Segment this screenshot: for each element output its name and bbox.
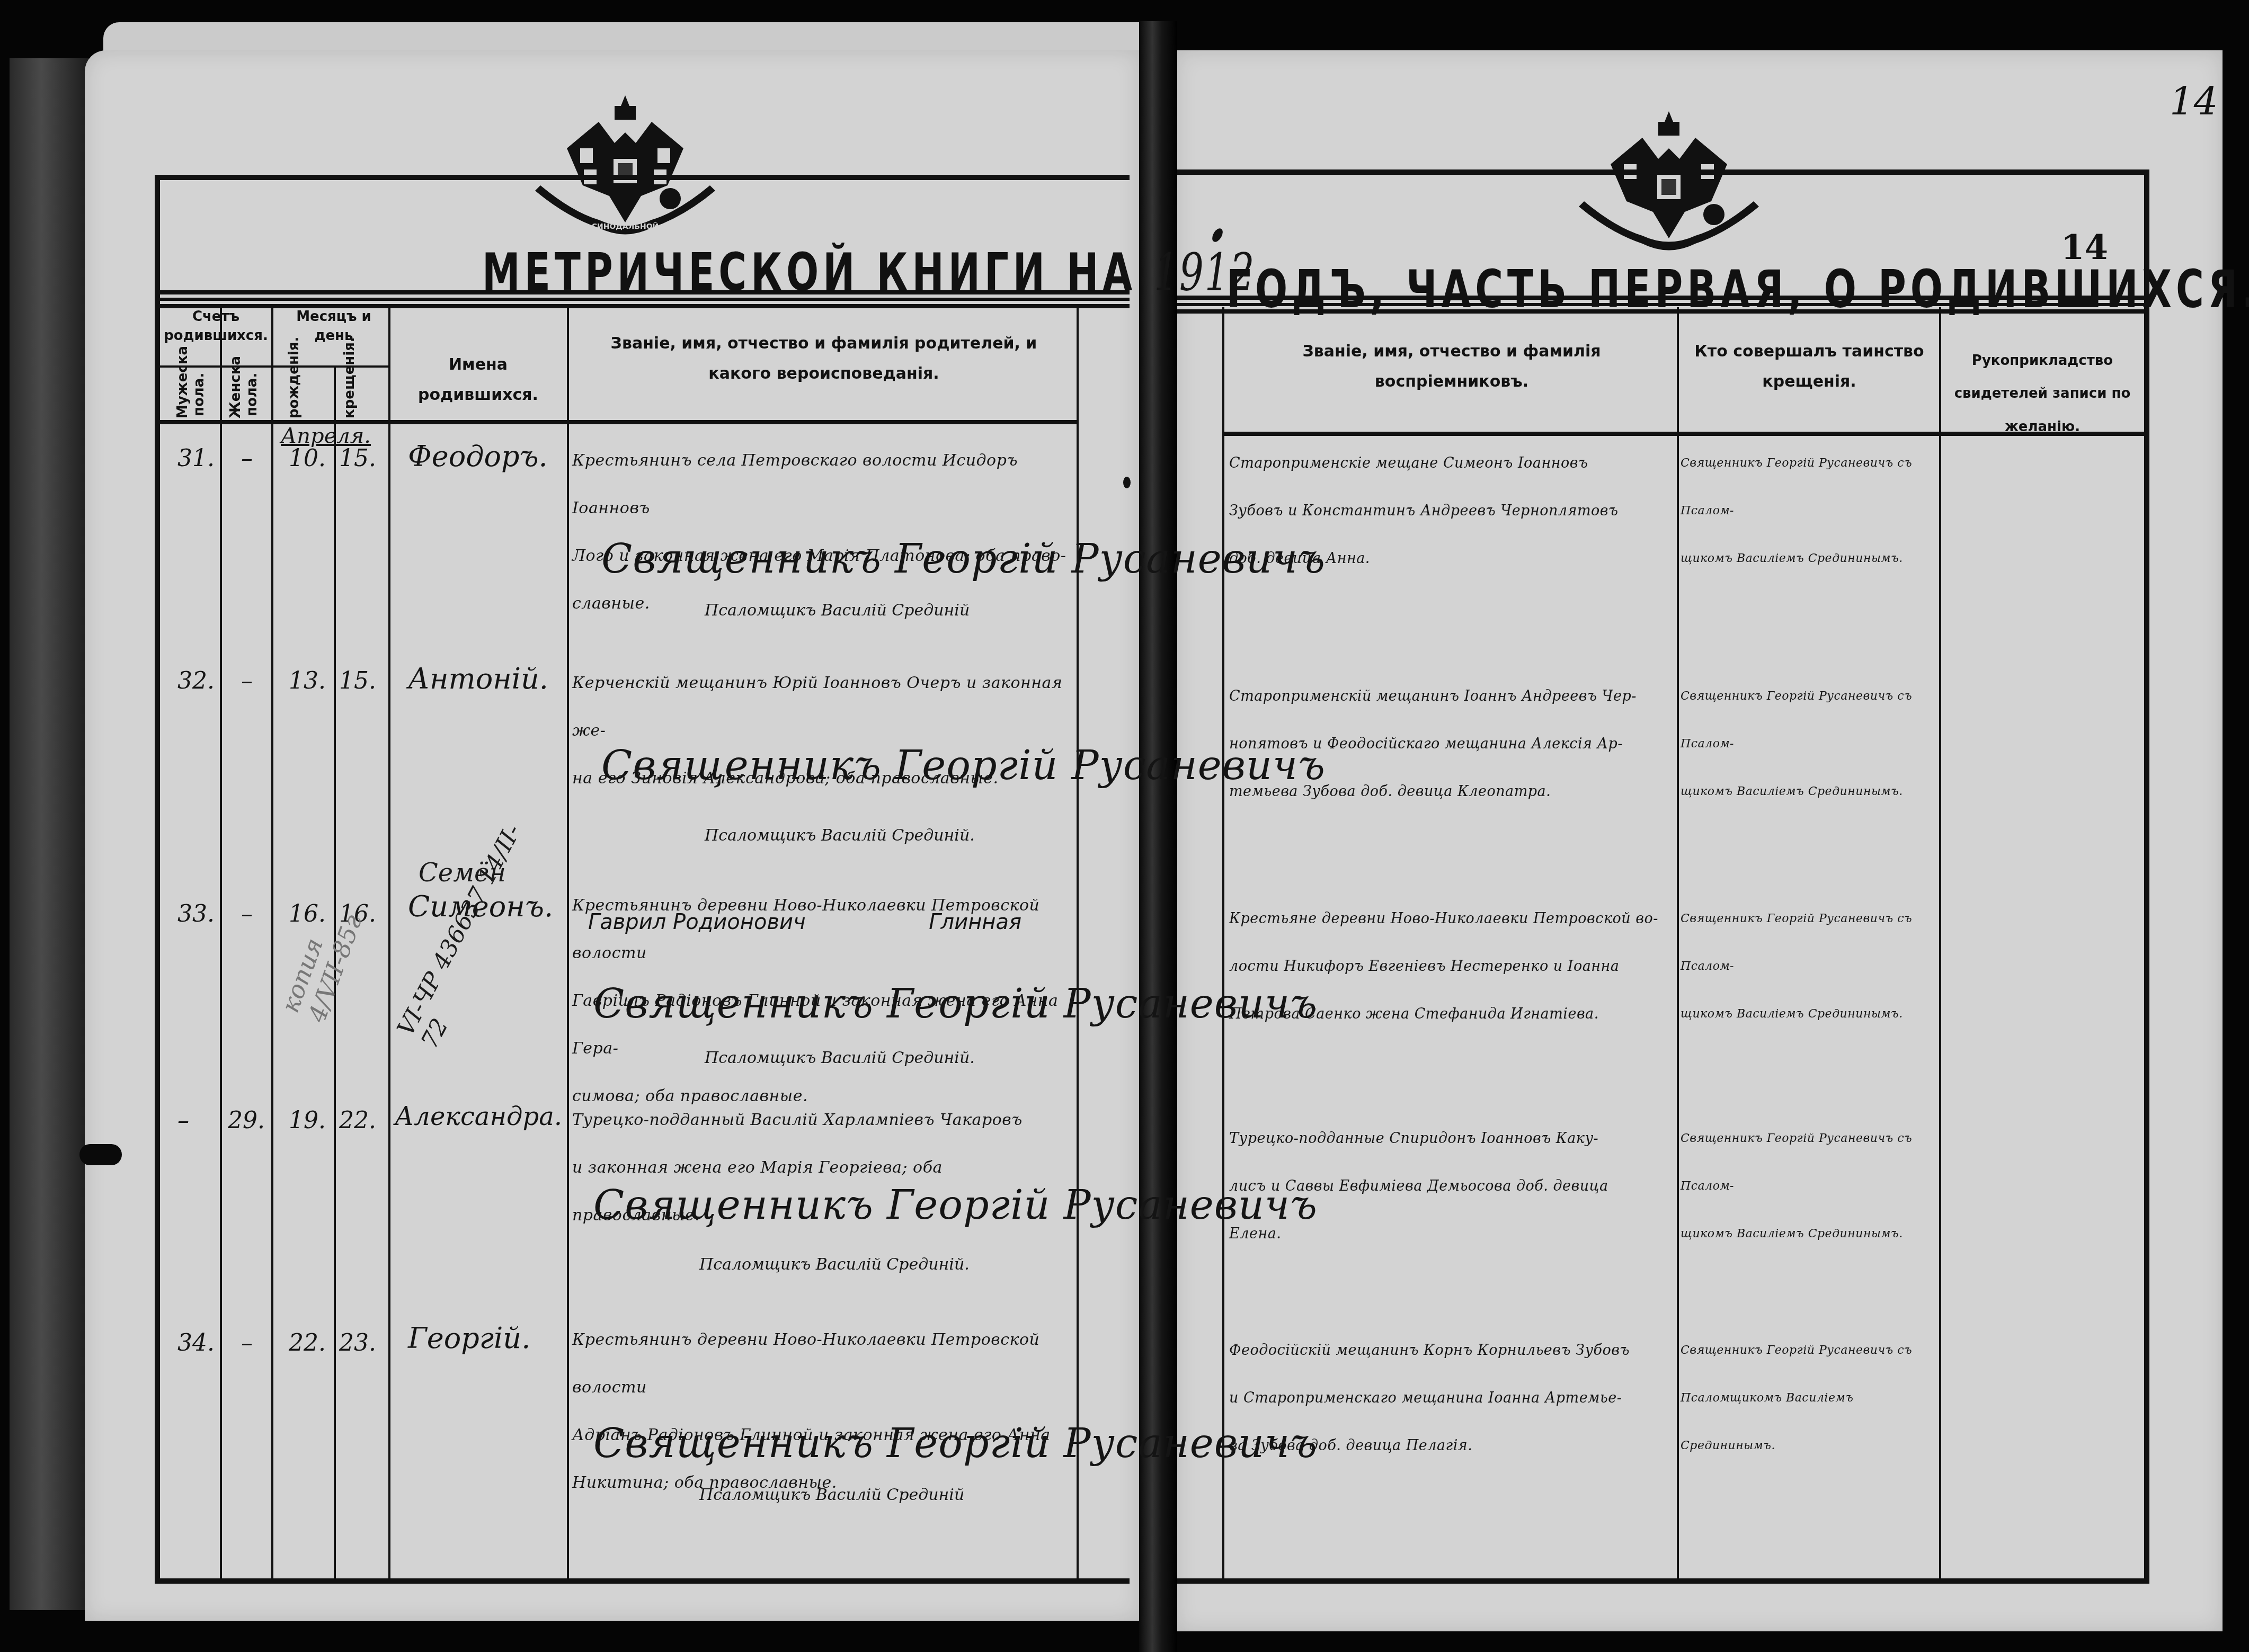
entry-4-birth-day: 19. xyxy=(289,1107,326,1134)
entry-1-parents: Крестьянинъ села Петровскаго волости Иси… xyxy=(572,437,1075,628)
entry-3-psalmist-signature: Псаломщикъ Василій Срединій. xyxy=(705,1049,975,1067)
entry-4-male-no: – xyxy=(177,1107,189,1134)
entry-2-name: Антоній. xyxy=(408,662,548,695)
col-line xyxy=(271,307,273,1578)
entry-4-godparents: Турецко-подданные Спиридонъ Іоанновъ Как… xyxy=(1229,1115,1679,1258)
col-line xyxy=(567,307,569,1578)
entry-5-godparents: Феодосійскій мещанинъ Корнъ Корнильевъ З… xyxy=(1229,1327,1679,1470)
entry-3-male-no: 33. xyxy=(177,900,215,927)
header-officiant: Кто совершалъ таинство крещенія. xyxy=(1685,336,1934,397)
entry-5-baptism-day: 23. xyxy=(339,1329,376,1356)
entry-1-priest-signature: Священникъ Георгій Русаневичъ xyxy=(601,535,1326,582)
header-parents: Званіе, имя, отчество и фамилія родителе… xyxy=(580,328,1068,389)
entry-1-birth-day: 10. xyxy=(289,445,326,472)
printed-page-number: 14 xyxy=(2061,228,2108,267)
header-date-baptism: крещенія. xyxy=(342,371,379,418)
header-rule-left xyxy=(160,290,1130,308)
entry-2-male-no: 32. xyxy=(177,667,215,694)
header-rule-right xyxy=(1177,296,2144,314)
entry-2-officiant: Священникъ Георгій Русаневичъ съ Псалом-… xyxy=(1681,673,1940,816)
entry-4-name: Александра. xyxy=(395,1102,562,1131)
entry-2-birth-day: 13. xyxy=(289,667,326,694)
entry-5-male-no: 34. xyxy=(177,1329,215,1356)
entry-1-officiant: Священникъ Георгій Русаневичъ съ Псалом-… xyxy=(1681,440,1940,583)
header-count-female: Женска пола. xyxy=(228,371,260,418)
col-line xyxy=(388,307,390,1578)
entry-5-parents: Крестьянинъ деревни Ново-Николаевки Петр… xyxy=(572,1316,1075,1507)
entry-1-male-no: 31. xyxy=(177,445,215,472)
entry-3-female-no: – xyxy=(241,900,253,927)
header-count-male: Мужеска пола. xyxy=(175,371,207,418)
entry-5-name: Георгій. xyxy=(408,1321,530,1355)
entry-5-psalmist-signature: Псаломщикъ Василій Срединій xyxy=(699,1486,964,1504)
entry-1-godparents: Староприменскіе мещане Симеонъ ІоанновъЗ… xyxy=(1229,440,1679,583)
entry-2-baptism-day: 15. xyxy=(339,667,376,694)
entry-2-godparents: Староприменскій мещанинъ Іоаннъ Андреевъ… xyxy=(1229,673,1679,816)
book-clip xyxy=(79,1144,122,1165)
entry-4-officiant: Священникъ Георгій Русаневичъ съ Псалом-… xyxy=(1681,1115,1940,1258)
entry-5-birth-day: 22. xyxy=(289,1329,326,1356)
entry-1-name: Феодоръ. xyxy=(408,440,548,473)
header-count-group: Счетъ родившихся. xyxy=(162,307,270,346)
entry-3-officiant: Священникъ Георгій Русаневичъ съ Псалом-… xyxy=(1681,895,1940,1038)
entry-5-priest-signature: Священникъ Георгій Русаневичъ xyxy=(593,1419,1318,1467)
handwritten-folio-number: 14 xyxy=(2170,79,2218,124)
col-line xyxy=(220,307,222,1578)
entry-3-priest-signature: Священникъ Георгій Русаневичъ xyxy=(593,980,1318,1027)
col-line xyxy=(1077,307,1079,1578)
entry-4-psalmist-signature: Псаломщикъ Василій Срединій. xyxy=(699,1255,970,1274)
entry-4-priest-signature: Священникъ Георгій Русаневичъ xyxy=(593,1181,1318,1228)
entry-2-priest-signature: Священникъ Георгій Русаневичъ xyxy=(601,742,1326,789)
entry-5-female-no: – xyxy=(241,1329,253,1356)
header-date-birth: рожденія. xyxy=(286,371,323,418)
book-binding-left xyxy=(10,58,89,1610)
col-line xyxy=(1222,307,1224,1578)
entry-3-godparents: Крестьяне деревни Ново-Николаевки Петров… xyxy=(1229,895,1679,1038)
entry-5-officiant: Священникъ Георгій Русаневичъ съПсаломщи… xyxy=(1681,1327,1940,1470)
entry-2-female-no: – xyxy=(241,667,253,694)
header-witnesses: Рукоприкладство свидетелей записи по жел… xyxy=(1944,344,2140,443)
header-names: Имена родившихся. xyxy=(392,350,564,410)
entry-1-psalmist-signature: Псаломщикъ Василій Срединій xyxy=(705,601,970,620)
ink-blot xyxy=(1123,477,1131,488)
entry-2-psalmist-signature: Псаломщикъ Василій Срединій. xyxy=(705,826,975,845)
entry-4-baptism-day: 22. xyxy=(339,1107,376,1134)
entry-4-female-no: 29. xyxy=(228,1107,265,1134)
entry-1-baptism-day: 15. xyxy=(339,445,376,472)
entry-1-female-no: – xyxy=(241,445,253,472)
header-godparents: Званіе, имя, отчество и фамилія воспріем… xyxy=(1234,336,1669,397)
